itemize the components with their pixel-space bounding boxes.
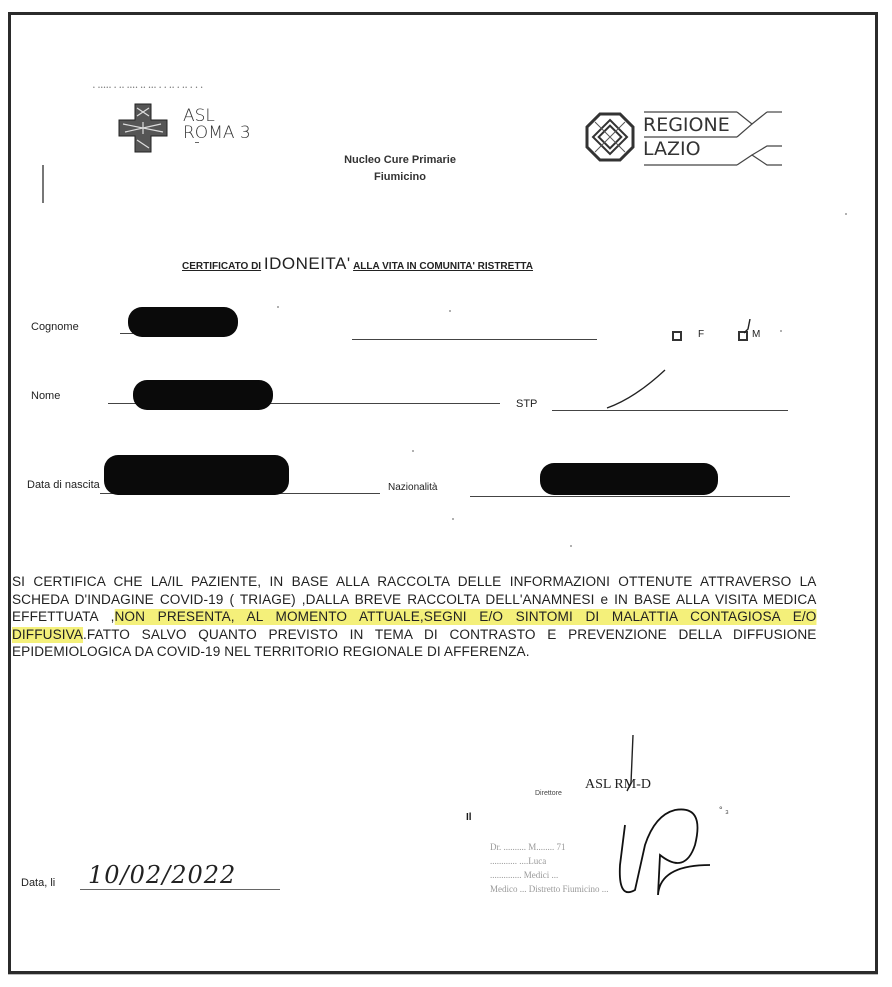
data-nascita-label: Data di nascita xyxy=(27,479,100,491)
margin-mark xyxy=(42,165,44,203)
nazionalita-label: Nazionalità xyxy=(388,482,437,493)
scan-mark: ° ₃ xyxy=(719,805,729,815)
stp-line xyxy=(552,410,788,411)
scan-dot xyxy=(570,545,572,547)
signature-prefix: Il xyxy=(466,812,472,823)
regione-lazio-emblem-icon xyxy=(585,112,635,162)
data-nascita-redacted xyxy=(104,455,289,495)
asl-cross-logo-icon xyxy=(117,102,169,154)
stp-strike-mark xyxy=(605,368,667,410)
scan-dot xyxy=(277,306,279,308)
sex-f-checkbox[interactable] xyxy=(672,331,682,341)
nome-label: Nome xyxy=(31,390,60,402)
scan-dot xyxy=(452,518,454,520)
cognome-line-2 xyxy=(352,339,597,340)
certificate-title: CERTIFICATO DI IDONEITA' ALLA VITA IN CO… xyxy=(182,254,533,274)
scan-noise: • ••••• • •• •••• •• ••• • • •• • •• • •… xyxy=(93,85,203,91)
asl-name: ASL ROMA 3 xyxy=(183,108,251,142)
date-value: 10/02/2022 xyxy=(88,861,236,889)
certification-statement: SI CERTIFICA CHE LA/IL PAZIENTE, IN BASE… xyxy=(12,574,816,662)
date-line xyxy=(80,889,280,890)
scan-dot xyxy=(780,330,782,332)
cognome-redacted xyxy=(128,307,238,337)
nazionalita-line xyxy=(470,496,790,497)
sex-m-label: M xyxy=(752,329,760,340)
date-label: Data, li xyxy=(21,877,55,889)
scan-dot xyxy=(412,450,414,452)
scan-dot xyxy=(195,142,199,143)
scan-dot xyxy=(449,310,451,312)
handwritten-signature xyxy=(600,805,720,905)
department-name: Nucleo Cure Primarie Fiumicino xyxy=(310,152,490,186)
stp-label: STP xyxy=(516,398,537,410)
sex-f-label: F xyxy=(698,329,704,340)
region-name: REGIONE LAZIO xyxy=(643,113,730,161)
cognome-label: Cognome xyxy=(31,321,79,333)
nazionalita-redacted xyxy=(540,463,718,495)
signature-org: ASL RM-D xyxy=(585,777,651,793)
signature-title: Direttore xyxy=(535,790,562,797)
nome-redacted xyxy=(133,380,273,410)
scan-dot xyxy=(845,213,847,215)
